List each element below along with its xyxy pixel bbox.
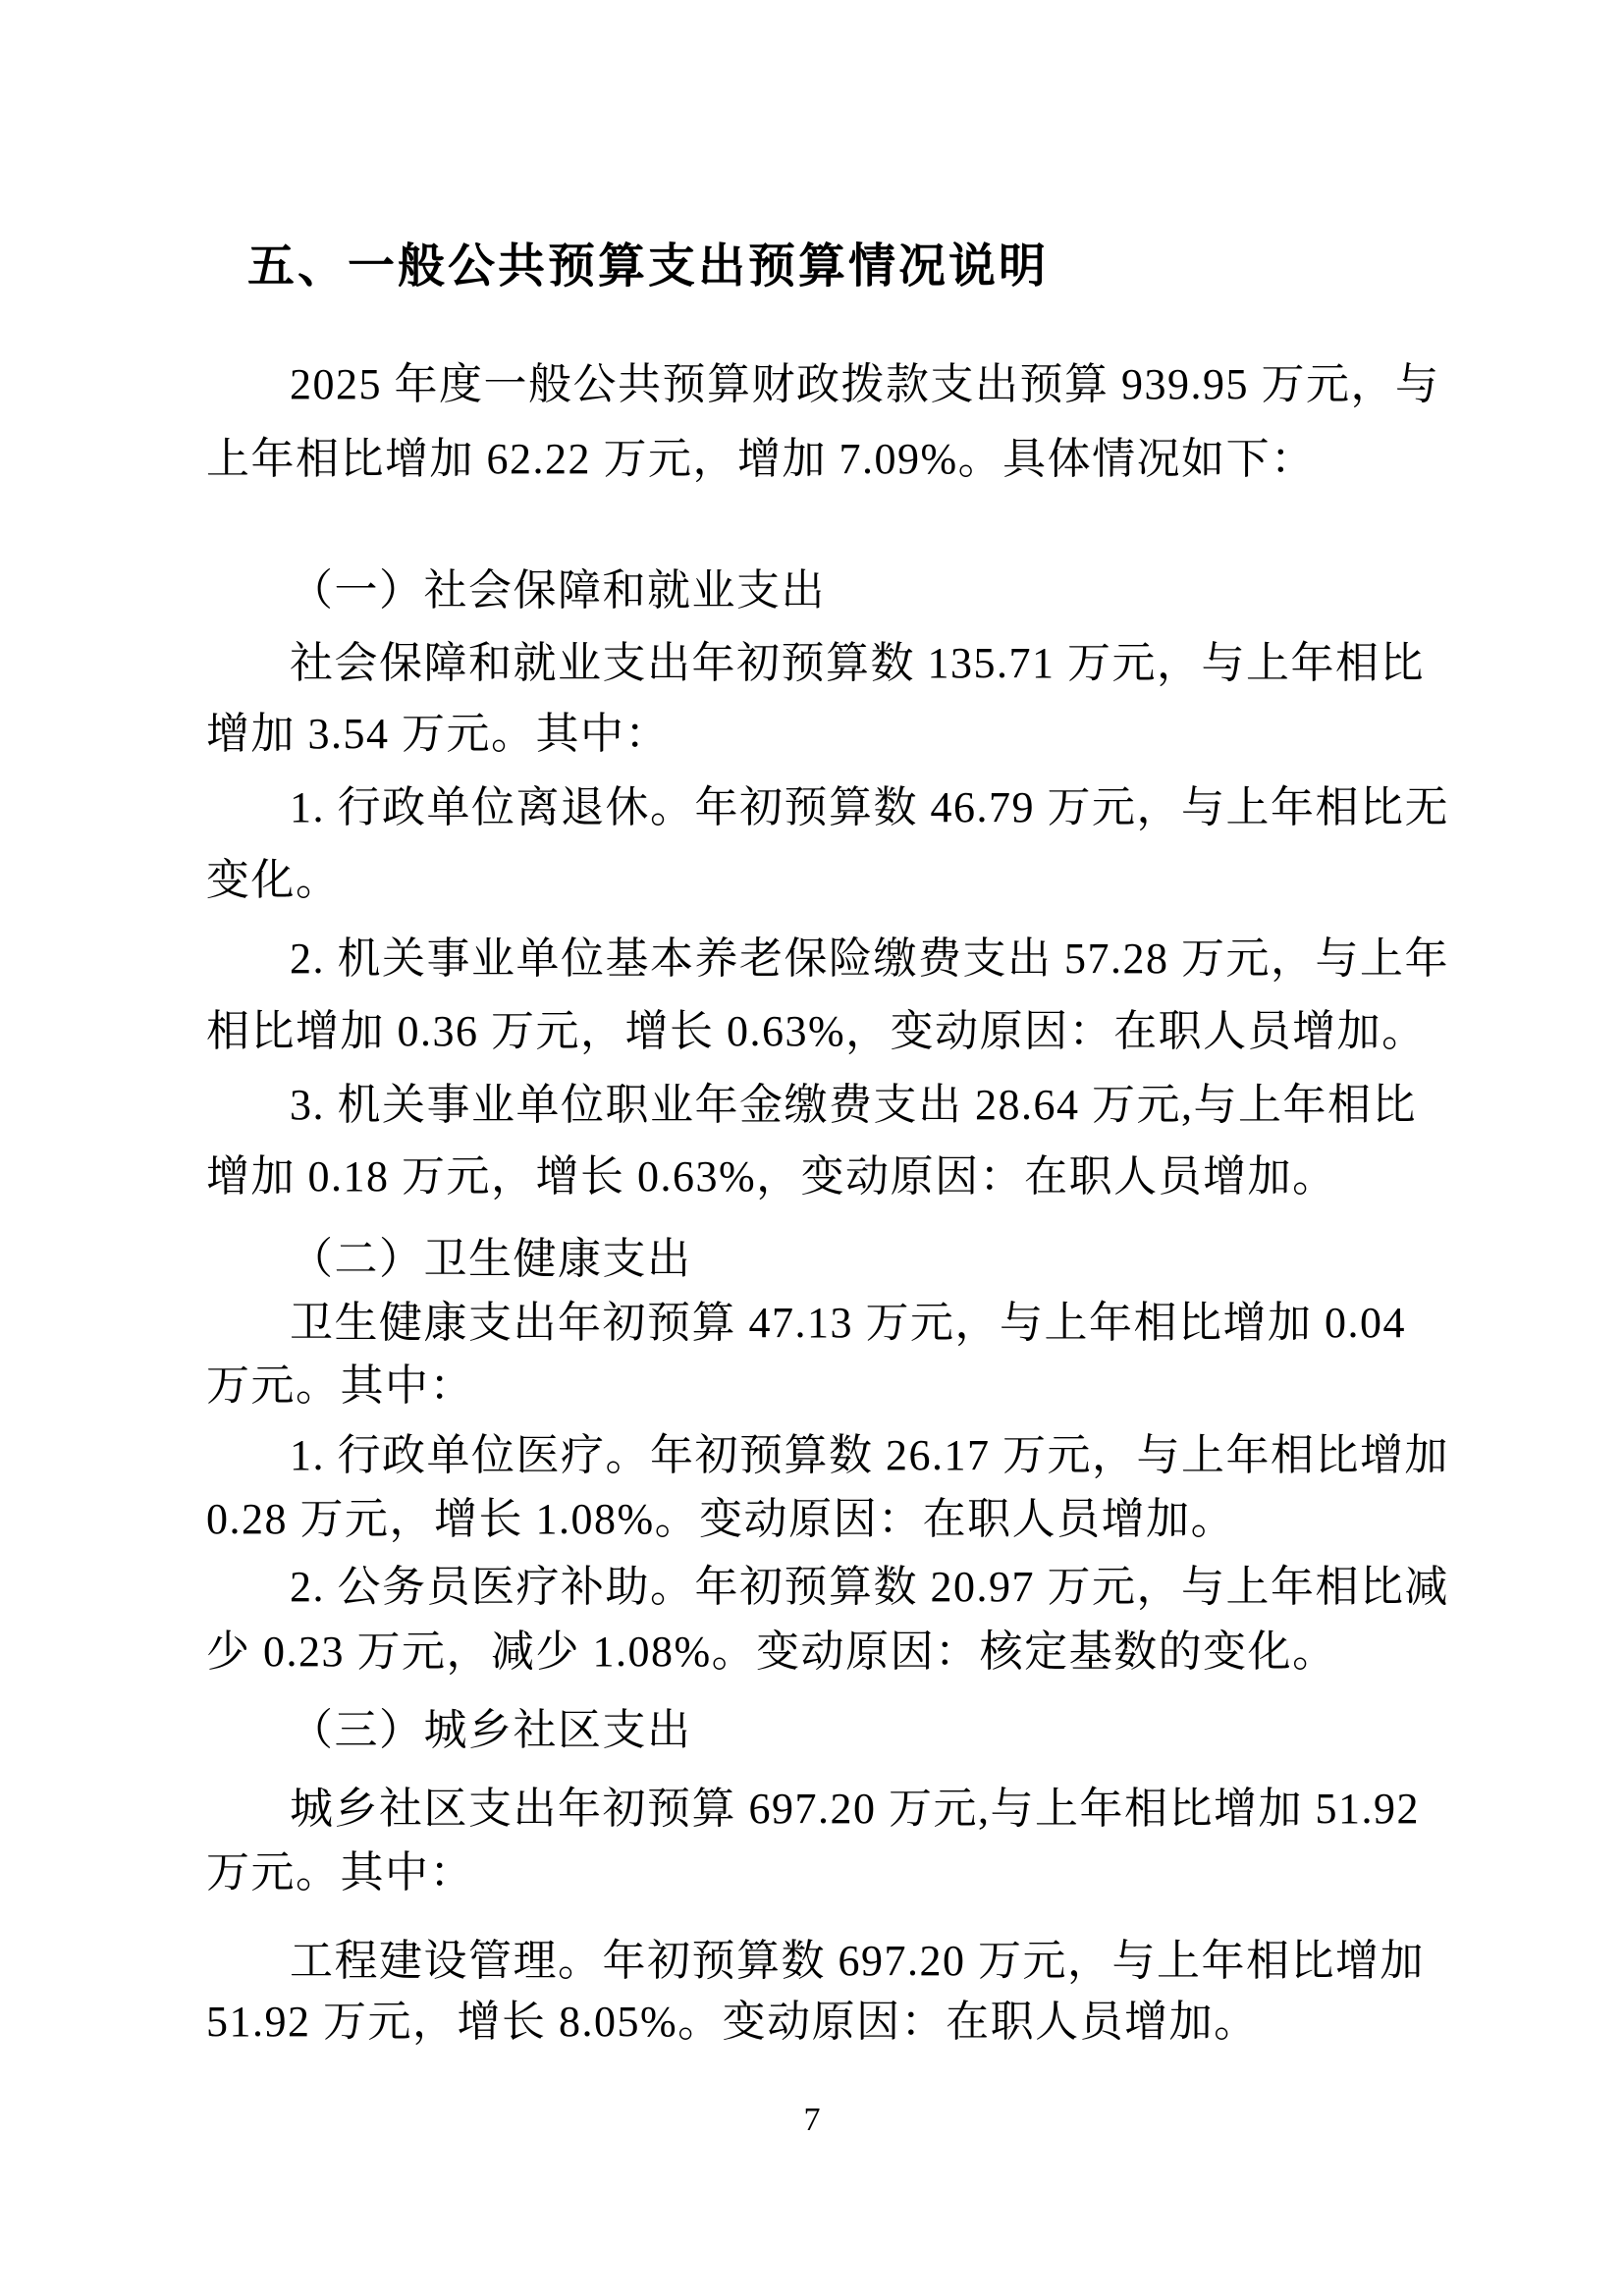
document-content: 五、一般公共预算支出预算情况说明 2025 年度一般公共预算财政拨款支出预算 9… [206, 0, 1424, 2296]
section-1-line-4: 变化。 [206, 848, 341, 913]
section-2-line-4: 0.28 万元，增长 1.08%。变动原因：在职人员增加。 [206, 1487, 1235, 1552]
section-3-line-1: 城乡社区支出年初预算 697.20 万元,与上年相比增加 51.92 [290, 1777, 1420, 1842]
document-title: 五、一般公共预算支出预算情况说明 [247, 236, 1049, 298]
section-1-line-7: 3. 机关事业单位职业年金缴费支出 28.64 万元,与上年相比 [290, 1073, 1417, 1138]
section-1-line-2: 增加 3.54 万元。其中： [206, 702, 670, 767]
section-2-line-2: 万元。其中： [206, 1354, 474, 1418]
section-1-line-8: 增加 0.18 万元，增长 0.63%，变动原因：在职人员增加。 [206, 1145, 1337, 1209]
section-3-line-2: 万元。其中： [206, 1841, 474, 1905]
intro-line-1: 2025 年度一般公共预算财政拨款支出预算 939.95 万元，与 [290, 352, 1440, 417]
section-3-line-3: 工程建设管理。年初预算数 697.20 万元，与上年相比增加 [290, 1929, 1425, 1994]
section-2-line-3: 1. 行政单位医疗。年初预算数 26.17 万元，与上年相比增加 [290, 1423, 1449, 1488]
section-2-line-6: 少 0.23 万元，减少 1.08%。变动原因：核定基数的变化。 [206, 1620, 1337, 1684]
section-2-line-1: 卫生健康支出年初预算 47.13 万元，与上年相比增加 0.04 [290, 1291, 1406, 1356]
page-number: 7 [0, 2101, 1624, 2140]
section-1-line-5: 2. 机关事业单位基本养老保险缴费支出 57.28 万元，与上年 [290, 927, 1449, 991]
section-3-line-4: 51.92 万元，增长 8.05%。变动原因：在职人员增加。 [206, 1990, 1259, 2055]
section-1-line-3: 1. 行政单位离退休。年初预算数 46.79 万元，与上年相比无 [290, 775, 1449, 840]
document-page: 五、一般公共预算支出预算情况说明 2025 年度一般公共预算财政拨款支出预算 9… [0, 0, 1624, 2296]
section-3-heading: （三）城乡社区支出 [290, 1698, 692, 1763]
section-1-line-6: 相比增加 0.36 万元，增长 0.63%，变动原因：在职人员增加。 [206, 999, 1427, 1064]
section-2-line-5: 2. 公务员医疗补助。年初预算数 20.97 万元，与上年相比减 [290, 1555, 1449, 1620]
section-1-line-1: 社会保障和就业支出年初预算数 135.71 万元，与上年相比 [290, 631, 1425, 696]
section-2-heading: （二）卫生健康支出 [290, 1227, 692, 1292]
intro-line-2: 上年相比增加 62.22 万元，增加 7.09%。具体情况如下： [206, 427, 1316, 492]
section-1-heading: （一）社会保障和就业支出 [290, 559, 826, 623]
